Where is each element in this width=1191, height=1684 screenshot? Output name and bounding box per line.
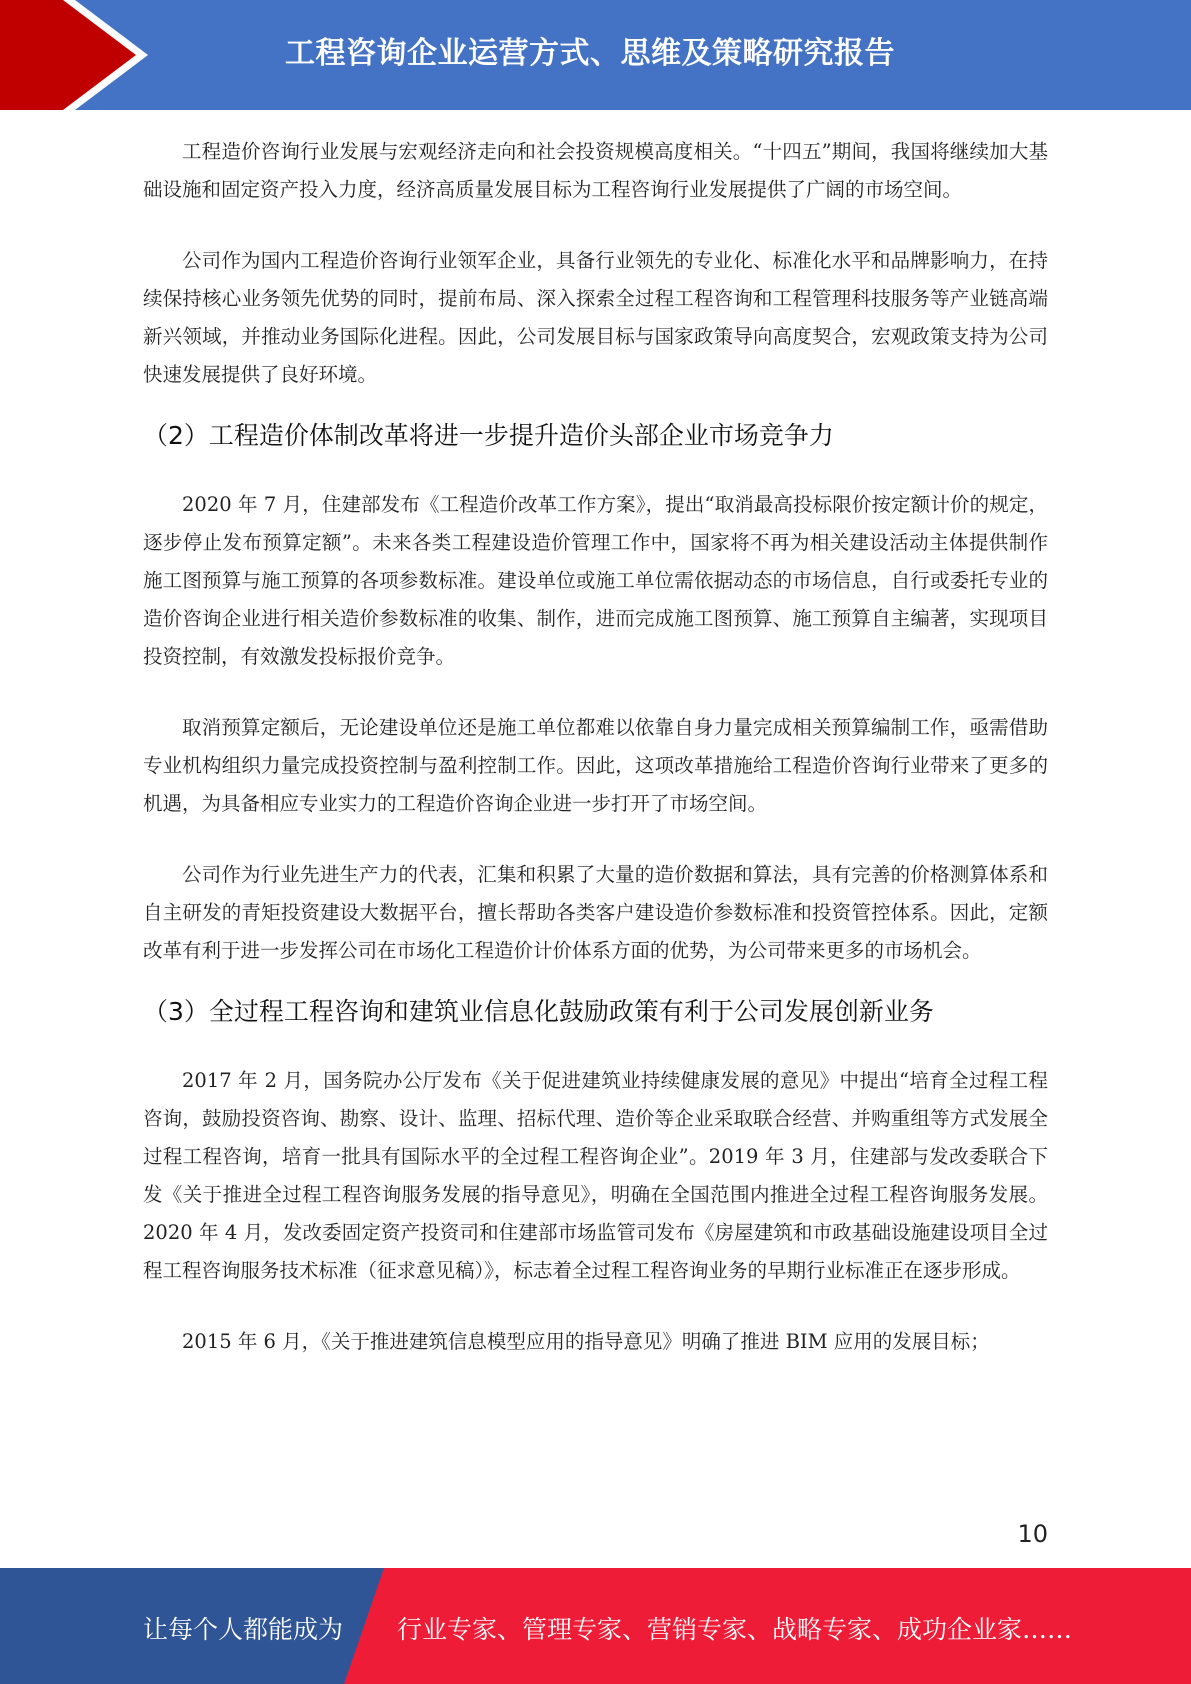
paragraph: 工程造价咨询行业发展与宏观经济走向和社会投资规模高度相关。“十四五”期间，我国将… xyxy=(143,133,1048,209)
page-footer: 让每个人都能成为 行业专家、管理专家、营销专家、战略专家、成功企业家…… xyxy=(0,1568,1191,1684)
section-heading-3: （3）全过程工程咨询和建筑业信息化鼓励政策有利于公司发展创新业务 xyxy=(143,992,1048,1032)
footer-slogan-left: 让每个人都能成为 xyxy=(143,1610,343,1646)
paragraph: 2020 年 7 月，住建部发布《工程造价改革工作方案》，提出“取消最高投标限价… xyxy=(143,486,1048,676)
paragraph: 公司作为行业先进生产力的代表，汇集和积累了大量的造价数据和算法，具有完善的价格测… xyxy=(143,856,1048,970)
report-title: 工程咨询企业运营方式、思维及策略研究报告 xyxy=(285,28,895,72)
section-heading-2: （2）工程造价体制改革将进一步提升造价头部企业市场竞争力 xyxy=(143,416,1048,456)
footer-slogan-right: 行业专家、管理专家、营销专家、战略专家、成功企业家…… xyxy=(397,1610,1072,1646)
paragraph: 取消预算定额后，无论建设单位还是施工单位都难以依靠自身力量完成相关预算编制工作，… xyxy=(143,709,1048,823)
paragraph: 公司作为国内工程造价咨询行业领军企业，具备行业领先的专业化、标准化水平和品牌影响… xyxy=(143,242,1048,394)
paragraph: 2017 年 2 月，国务院办公厅发布《关于促进建筑业持续健康发展的意见》中提出… xyxy=(143,1062,1048,1290)
paragraph: 2015 年 6 月，《关于推进建筑信息模型应用的指导意见》明确了推进 BIM … xyxy=(143,1323,1048,1361)
page-number: 10 xyxy=(1017,1520,1048,1548)
page-header: 工程咨询企业运营方式、思维及策略研究报告 xyxy=(0,0,1191,110)
document-body: 工程造价咨询行业发展与宏观经济走向和社会投资规模高度相关。“十四五”期间，我国将… xyxy=(143,133,1048,1361)
